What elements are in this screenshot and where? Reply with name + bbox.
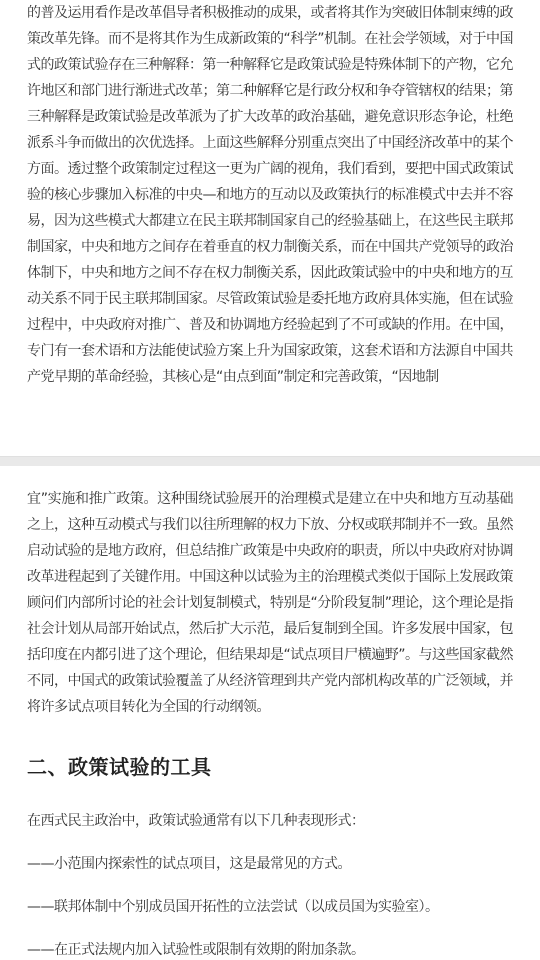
page2-content: 宜”实施和推广政策。这种围绕试验展开的治理模式是建立在中央和地方互动基础之上，这… (0, 466, 540, 960)
page2-paragraph-continuation: 宜”实施和推广政策。这种围绕试验展开的治理模式是建立在中央和地方互动基础之上，这… (27, 486, 513, 720)
section-intro-paragraph: 在西式民主政治中，政策试验通常有以下几种表现形式： (27, 808, 513, 834)
dash-list-item: ——在正式法规内加入试验性或限制有效期的附加条款。 (27, 937, 513, 960)
page1-paragraph: 的普及运用看作是改革倡导者积极推动的成果，或者将其作为突破旧体制束缚的政策改革先… (27, 0, 513, 390)
page-break-divider (0, 456, 540, 466)
section-heading: 二、政策试验的工具 (27, 752, 513, 782)
page1-content: 的普及运用看作是改革倡导者积极推动的成果，或者将其作为突破旧体制束缚的政策改革先… (0, 0, 540, 456)
dash-list-item: ——联邦体制中个别成员国开拓性的立法尝试（以成员国为实验室）。 (27, 894, 513, 920)
dash-list-item: ——小范围内探索性的试点项目，这是最常见的方式。 (27, 851, 513, 877)
reader-page-surface[interactable]: 的普及运用看作是改革倡导者积极推动的成果，或者将其作为突破旧体制束缚的政策改革先… (0, 0, 540, 960)
